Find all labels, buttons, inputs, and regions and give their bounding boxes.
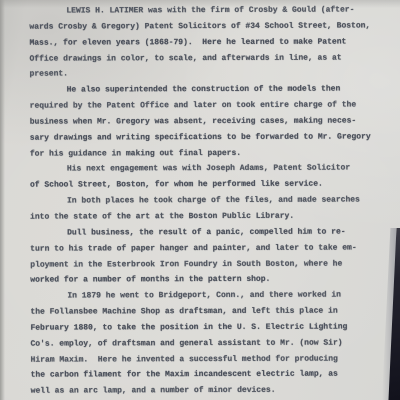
text-line: Hiram Maxim. Here he invented a successf… bbox=[31, 351, 387, 368]
text-line: into the state of the art at the Boston … bbox=[30, 208, 386, 225]
text-line: turn to his trade of paper hanger and pa… bbox=[30, 240, 386, 257]
text-line: His next engagement was with Joseph Adam… bbox=[30, 161, 386, 178]
text-line: the carbon filament for the Maxim incand… bbox=[31, 367, 387, 384]
text-line: of School Street, Boston, for whom he pe… bbox=[30, 177, 386, 194]
text-line: required by the Patent Office and later … bbox=[30, 97, 386, 114]
text-line: LEWIS H. LATIMER was with the firm of Cr… bbox=[29, 2, 385, 19]
scanned-document-page: LEWIS H. LATIMER was with the firm of Cr… bbox=[0, 0, 400, 400]
text-line: ployment in the Esterbrook Iron Foundry … bbox=[30, 256, 386, 273]
text-line: Mass., for eleven years (1868-79). Here … bbox=[29, 34, 385, 51]
text-line: In 1879 he went to Bridgeport, Conn., an… bbox=[30, 288, 386, 305]
text-line: business when Mr. Gregory was absent, re… bbox=[30, 113, 386, 130]
text-line: worked for a number of months in the pat… bbox=[30, 272, 386, 289]
text-line: February 1880, to take the position in t… bbox=[30, 319, 386, 336]
typewritten-text-block: LEWIS H. LATIMER was with the firm of Cr… bbox=[29, 2, 386, 399]
text-line: for his guidance in making out final pap… bbox=[30, 145, 386, 162]
text-line: wards Crosby & Gregory) Patent Solicitor… bbox=[29, 18, 385, 35]
text-line: In both places he took charge of the fil… bbox=[30, 193, 386, 210]
text-line: well as an arc lamp, and a number of min… bbox=[31, 383, 387, 400]
text-line: the Follansbee Machine Shop as draftsman… bbox=[30, 303, 386, 320]
scan-left-edge-shadow bbox=[0, 0, 5, 400]
text-line: sary drawings and writing specifications… bbox=[30, 129, 386, 146]
text-line: present. bbox=[30, 66, 386, 83]
text-line: Office drawings in color, to scale, and … bbox=[29, 50, 385, 67]
text-line: Co's. employ, of draftsman and general a… bbox=[30, 335, 386, 352]
text-line: Dull business, the result of a panic, co… bbox=[30, 224, 386, 241]
text-line: He also superintended the construction o… bbox=[30, 82, 386, 99]
